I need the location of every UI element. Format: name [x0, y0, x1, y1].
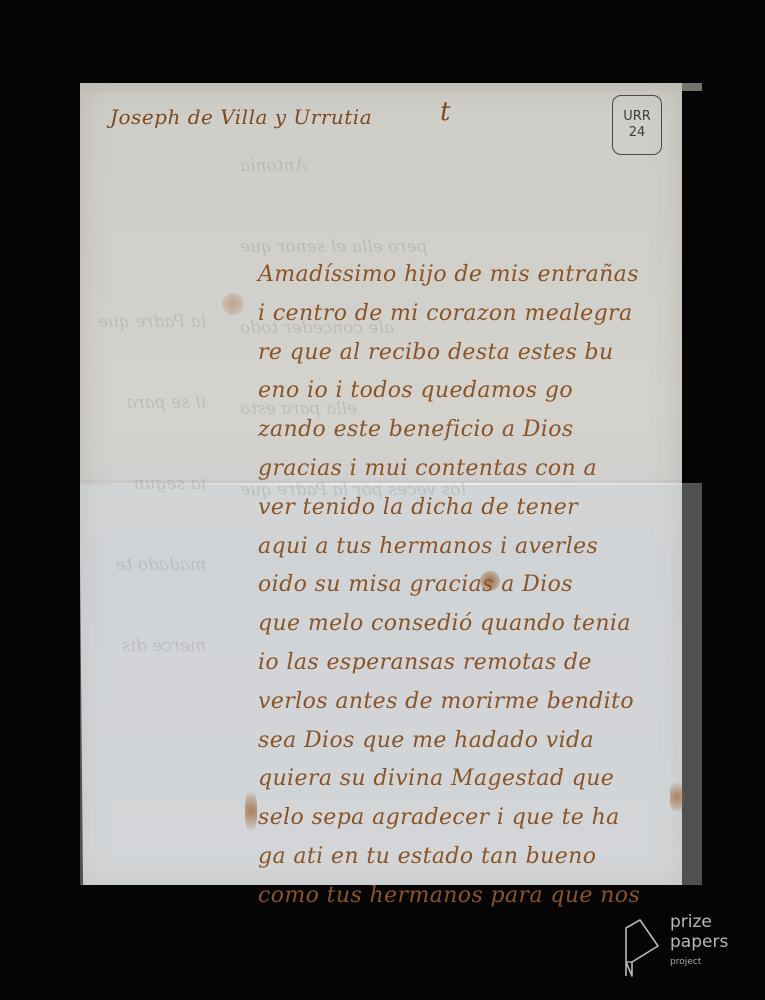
letter-line: aqui a tus hermanos i averles	[258, 534, 688, 573]
archive-series: URR	[623, 109, 651, 125]
letter-line: quiera su divina Magestad que	[258, 766, 688, 805]
letter-line: re que al recibo desta estes bu	[258, 340, 688, 379]
logo-word-papers: papers	[670, 932, 728, 952]
paper-top-edge	[80, 83, 702, 91]
bleed-through-text-left: la Padre que il se para ia segun madado …	[98, 255, 206, 714]
folded-paper-logo-icon	[624, 918, 660, 978]
letter-line: i centro de mi corazon mealegra	[258, 301, 688, 340]
letter-line: verlos antes de morirme bendito	[258, 689, 688, 728]
letter-line: io las esperansas remotas de	[258, 650, 688, 689]
letter-line: que melo consedió quando tenia	[258, 611, 688, 650]
logo-wordmark: prize papers project	[670, 912, 728, 969]
bleed-line: la Padre que	[98, 309, 206, 336]
bleed-line: Antonia	[240, 153, 466, 180]
logo-word-project: project	[670, 955, 728, 969]
addressee-line: Joseph de Villa y Urrutia	[110, 105, 372, 129]
logo-word-prize: prize	[670, 912, 728, 932]
letter-line: oido su misa gracias a Dios	[258, 572, 688, 611]
bleed-line: madado te	[98, 552, 206, 579]
ink-stain	[222, 293, 244, 315]
bleed-line: pero ella el senor que	[240, 234, 466, 261]
bleed-line: merce dis	[98, 633, 206, 660]
letter-line: Amadíssimo hijo de mis entrañas	[258, 262, 688, 301]
letter-line: ver tenido la dicha de tener	[258, 495, 688, 534]
bleed-line: ia segun	[98, 471, 206, 498]
letter-line: eno io i todos quedamos go	[258, 378, 688, 417]
archive-reference-label: URR 24	[612, 95, 662, 155]
letter-line: sea Dios que me hadado vida	[258, 728, 688, 767]
letter-line: zando este beneficio a Dios	[258, 417, 688, 456]
bleed-line: il se para	[98, 390, 206, 417]
archive-number: 24	[629, 125, 646, 141]
letter-line: ga ati en tu estado tan bueno	[258, 844, 688, 883]
letter-body: Amadíssimo hijo de mis entrañas i centro…	[258, 262, 688, 922]
cross-mark: t	[440, 97, 450, 127]
letter-line: selo sepa agradecer i que te ha	[258, 805, 688, 844]
prize-papers-logo: prize papers project	[624, 910, 744, 980]
ink-drip-stain	[245, 791, 257, 831]
letter-line: gracias i mui contentas con a	[258, 456, 688, 495]
